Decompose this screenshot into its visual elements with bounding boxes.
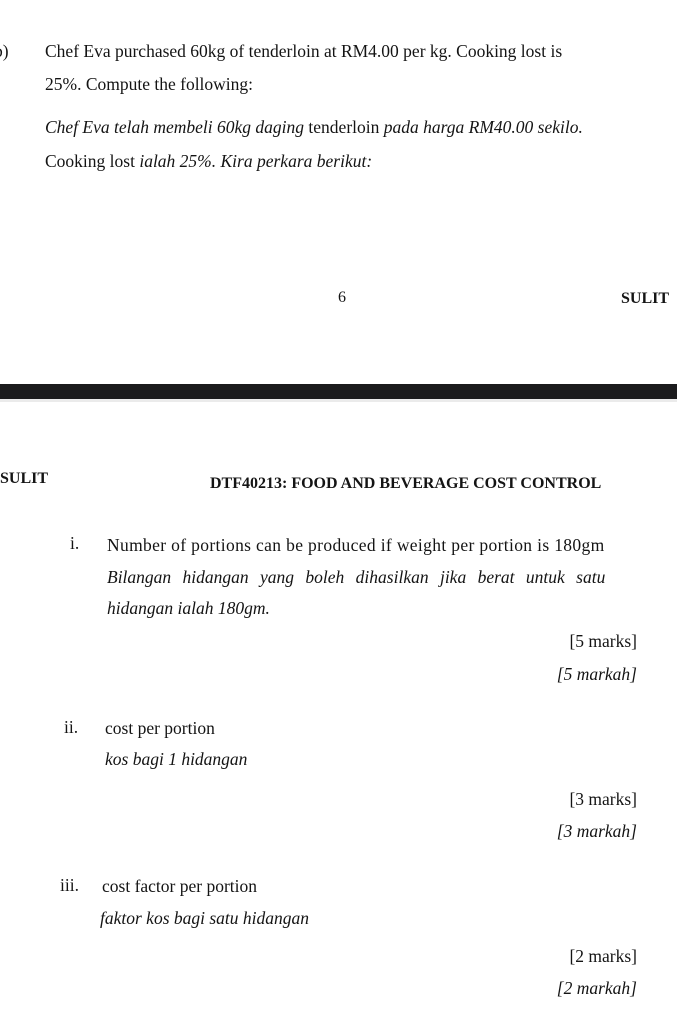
sub-question-1-text-en: Number of portions can be produced if we… [107, 535, 627, 556]
sub-question-3-number: iii. [60, 875, 79, 896]
question-label: b) [0, 41, 9, 62]
sub-question-2-text-ms: kos bagi 1 hidangan [105, 749, 247, 770]
sub-question-3-marks-en: [2 marks] [569, 946, 637, 967]
sub-question-2-marks-ms: [3 markah] [557, 821, 637, 842]
sub-question-2-number: ii. [64, 717, 78, 738]
question-text-ms-line-2: Cooking lost ialah 25%. Kira perkara ber… [45, 151, 372, 172]
question-text-en-line-1: Chef Eva purchased 60kg of tenderloin at… [45, 41, 617, 62]
question-text-ms-part-b: tenderloin [308, 117, 379, 137]
question-text-ms-part-a: Chef Eva telah membeli 60kg daging [45, 117, 308, 137]
question-text-en-line-1-text: Chef Eva purchased 60kg of tenderloin at… [45, 41, 562, 62]
header-classification: SULIT [0, 470, 48, 488]
question-text-ms-line-1: Chef Eva telah membeli 60kg daging tende… [45, 117, 583, 138]
question-text-ms-line2-part-a: Cooking lost [45, 151, 139, 171]
sub-question-2-marks-en: [3 marks] [569, 789, 637, 810]
sub-question-3-text-ms: faktor kos bagi satu hidangan [100, 908, 309, 929]
question-text-ms-part-c: pada harga RM40.00 sekilo. [379, 117, 583, 137]
sub-question-1-marks-ms: [5 markah] [557, 664, 637, 685]
sub-question-1-text-ms-line-2: hidangan ialah 180gm. [107, 598, 270, 619]
sub-question-1-text-ms-line-1: Bilangan hidangan yang boleh dihasilkan … [107, 567, 627, 588]
question-text-ms-line2-part-b: ialah 25%. Kira perkara berikut: [139, 151, 372, 171]
question-text-en-line-2: 25%. Compute the following: [45, 74, 253, 95]
footer-classification: SULIT [621, 290, 669, 308]
page-separator-shadow [0, 399, 677, 402]
course-title: DTF40213: FOOD AND BEVERAGE COST CONTROL [210, 475, 601, 493]
sub-question-1-number: i. [70, 533, 79, 554]
sub-question-3-text-en: cost factor per portion [102, 876, 257, 897]
sub-question-2-text-en: cost per portion [105, 718, 215, 739]
page-number: 6 [338, 289, 346, 307]
sub-question-1-marks-en: [5 marks] [569, 631, 637, 652]
page-separator [0, 384, 677, 399]
sub-question-3-marks-ms: [2 markah] [557, 978, 637, 999]
sub-question-1-text-en-text: Number of portions can be produced if we… [107, 535, 605, 556]
